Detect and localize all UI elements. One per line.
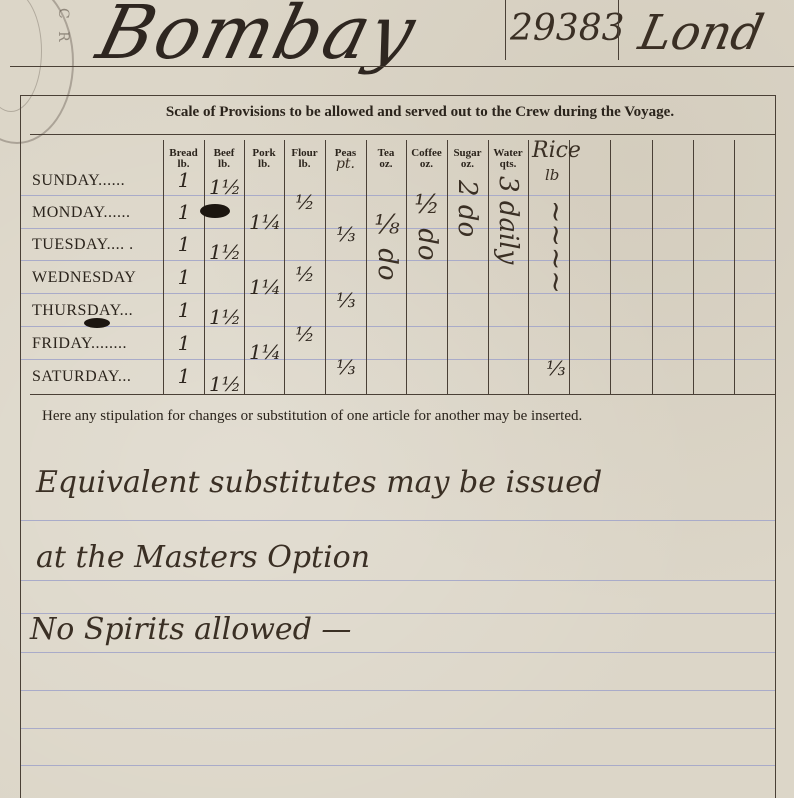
col-unit: lb. bbox=[284, 159, 325, 170]
day-label-wednesday: WEDNESDAY bbox=[32, 269, 136, 287]
cell-bread-thursday: 1 bbox=[164, 298, 204, 322]
form-top-rule bbox=[20, 95, 775, 96]
line-rule bbox=[21, 652, 775, 653]
cell-beef-saturday: 1½ bbox=[205, 372, 245, 396]
col-header-coffee: Coffeeoz. bbox=[406, 148, 447, 170]
col-unit: oz. bbox=[366, 159, 406, 170]
col-unit: lb. bbox=[244, 159, 284, 170]
stipulation-label: Here any stipulation for changes or subs… bbox=[42, 408, 582, 425]
stamp-letters: C R bbox=[55, 8, 71, 46]
col-header-bread: Breadlb. bbox=[163, 148, 204, 170]
day-label-thursday: THURSDAY... bbox=[32, 302, 133, 320]
line-rule bbox=[21, 728, 775, 729]
col-header-rice-handwritten: Rice bbox=[532, 138, 581, 163]
col-unit: oz. bbox=[406, 159, 447, 170]
row-rule bbox=[21, 293, 775, 294]
cell-bread-saturday: 1 bbox=[164, 364, 204, 388]
cell-peas-monday: ⅓ bbox=[326, 222, 366, 246]
row-rule bbox=[21, 359, 775, 360]
col-header-beef: Beeflb. bbox=[204, 148, 244, 170]
col-divider bbox=[693, 140, 694, 394]
header-divider bbox=[505, 0, 506, 60]
col-divider bbox=[610, 140, 611, 394]
cell-bread-friday: 1 bbox=[164, 331, 204, 355]
cell-flour-tuesday: ½ bbox=[285, 262, 325, 286]
cell-sugar-daily: 2 do bbox=[452, 180, 482, 237]
col-unit: oz. bbox=[447, 159, 488, 170]
table-bottom-rule bbox=[30, 394, 775, 395]
row-rule bbox=[21, 326, 775, 327]
col-header-tea: Teaoz. bbox=[366, 148, 406, 170]
col-divider bbox=[528, 140, 529, 394]
col-unit: lb. bbox=[204, 159, 244, 170]
col-divider bbox=[488, 140, 489, 394]
ink-blot bbox=[200, 204, 230, 218]
destination: Lond bbox=[634, 5, 768, 61]
scale-title: Scale of Provisions to be allowed and se… bbox=[60, 104, 780, 121]
col-header-peas: Peaspt. bbox=[325, 148, 366, 170]
cell-coffee-daily: ½ do bbox=[412, 190, 442, 261]
rice-ditto-squiggle: ~~~~ bbox=[540, 200, 573, 294]
cell-beef-sunday: 1½ bbox=[205, 175, 245, 199]
col-divider bbox=[366, 140, 367, 394]
cell-flour-thursday: ½ bbox=[285, 322, 325, 346]
cell-beef-tuesday: 1½ bbox=[205, 240, 245, 264]
col-divider bbox=[652, 140, 653, 394]
cell-bread-monday: 1 bbox=[164, 200, 204, 224]
header-rule bbox=[10, 66, 794, 67]
official-number: 29383 bbox=[510, 8, 625, 49]
day-label-tuesday: TUESDAY.... . bbox=[32, 236, 134, 254]
day-label-saturday: SATURDAY... bbox=[32, 368, 131, 386]
line-rule bbox=[21, 765, 775, 766]
col-header-sugar: Sugaroz. bbox=[447, 148, 488, 170]
col-divider bbox=[406, 140, 407, 394]
header-divider bbox=[618, 0, 619, 60]
cell-rice-daily: ⅓ bbox=[536, 356, 576, 380]
cell-beef-thursday: 1½ bbox=[205, 305, 245, 329]
port-of-registry: Bombay bbox=[89, 0, 425, 76]
cell-pork-friday: 1¼ bbox=[245, 340, 285, 364]
stipulation-line-2: at the Masters Option bbox=[36, 540, 370, 575]
cell-bread-tuesday: 1 bbox=[164, 232, 204, 256]
cell-water-daily: 3 daily bbox=[493, 176, 523, 264]
line-rule bbox=[21, 520, 775, 521]
cell-peas-friday: ⅓ bbox=[326, 355, 366, 379]
line-rule bbox=[21, 580, 775, 581]
cell-bread-sunday: 1 bbox=[164, 168, 204, 192]
form-left-border bbox=[20, 95, 21, 798]
stipulation-line-1: Equivalent substitutes may be issued bbox=[36, 465, 602, 500]
day-label-friday: FRIDAY........ bbox=[32, 335, 127, 353]
col-divider bbox=[734, 140, 735, 394]
stipulation-line-3: No Spirits allowed — bbox=[30, 612, 351, 647]
col-unit: qts. bbox=[488, 159, 528, 170]
peas-unit-handwritten: pt. bbox=[325, 159, 366, 170]
ink-blot bbox=[84, 318, 110, 328]
day-label-monday: MONDAY...... bbox=[32, 204, 130, 222]
title-rule bbox=[30, 134, 775, 135]
cell-bread-wednesday: 1 bbox=[164, 265, 204, 289]
cell-tea-daily: ⅛ do bbox=[372, 210, 402, 281]
col-header-flour: Flourlb. bbox=[284, 148, 325, 170]
rice-unit-handwritten: lb bbox=[545, 166, 559, 184]
col-divider bbox=[447, 140, 448, 394]
line-rule bbox=[21, 690, 775, 691]
day-label-sunday: SUNDAY...... bbox=[32, 172, 125, 190]
form-right-border bbox=[775, 95, 776, 798]
cell-flour-sunday: ½ bbox=[285, 190, 325, 214]
cell-peas-wednesday: ⅓ bbox=[326, 288, 366, 312]
col-header-pork: Porklb. bbox=[244, 148, 284, 170]
cell-pork-wednesday: 1¼ bbox=[245, 275, 285, 299]
cell-pork-monday: 1¼ bbox=[245, 210, 285, 234]
col-header-water: Waterqts. bbox=[488, 148, 528, 170]
row-rule bbox=[21, 195, 775, 196]
